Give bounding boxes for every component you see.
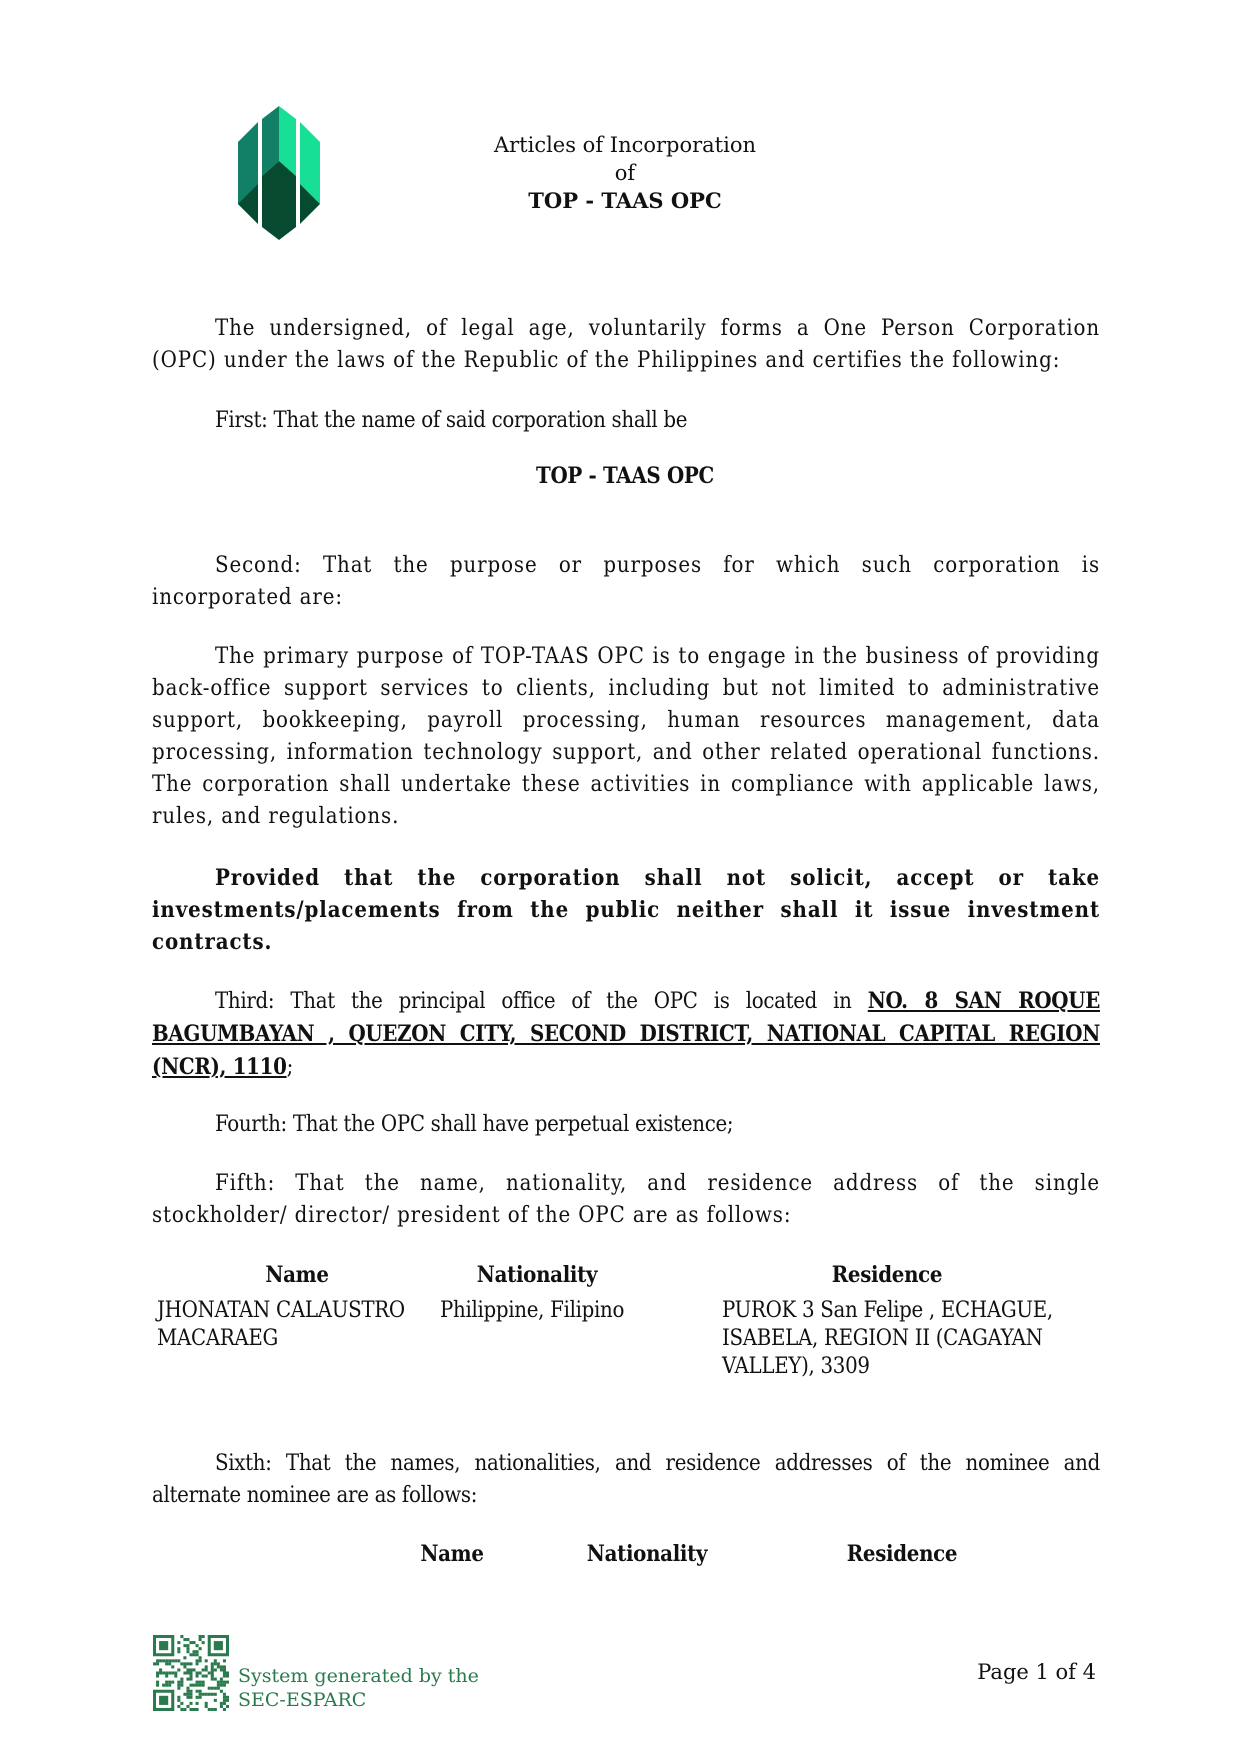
stockholder-table: Name Nationality Residence JHONATAN CALA… (152, 1262, 1100, 1392)
corporation-name: TOP - TAAS OPC (0, 463, 1241, 489)
third-suffix: ; (287, 1055, 293, 1080)
stockholder-nationality: Philippine, Filipino (440, 1297, 700, 1325)
page-number: Page 1 of 4 (977, 1660, 1096, 1684)
first-article: First: That the name of said corporation… (152, 405, 1100, 437)
fifth-article: Fifth: That the name, nationality, and r… (152, 1168, 1100, 1232)
heading-line2: of (0, 159, 1241, 187)
system-generated-note: System generated by the SEC-ESPARC (238, 1664, 479, 1712)
stockholder-residence: PUROK 3 San Felipe , ECHAGUE, ISABELA, R… (722, 1297, 1092, 1381)
third-article: Third: That the principal office of the … (152, 985, 1100, 1084)
nominee-header-residence: Residence (802, 1541, 1002, 1567)
qr-code (153, 1635, 229, 1711)
stockholder-name: JHONATAN CALAUSTRO MACARAEG (157, 1297, 432, 1353)
nominee-header-name: Name (377, 1541, 527, 1567)
table-header-name: Name (152, 1262, 442, 1288)
third-prefix: Third: That the principal office of the … (215, 989, 868, 1014)
nominee-table: Name Nationality Residence (152, 1541, 1100, 1577)
nominee-header-nationality: Nationality (547, 1541, 747, 1567)
second-article: Second: That the purpose or purposes for… (152, 550, 1100, 614)
sixth-article: Sixth: That the names, nationalities, an… (152, 1448, 1100, 1512)
generated-line2: SEC-ESPARC (238, 1688, 479, 1712)
generated-line1: System generated by the (238, 1664, 479, 1688)
intro-paragraph: The undersigned, of legal age, voluntari… (152, 313, 1100, 377)
fourth-article: Fourth: That the OPC shall have perpetua… (152, 1109, 1100, 1141)
qr-code-icon (153, 1635, 229, 1711)
heading-company: TOP - TAAS OPC (0, 187, 1241, 215)
table-header-nationality: Nationality (437, 1262, 637, 1288)
proviso-paragraph: Provided that the corporation shall not … (152, 862, 1100, 958)
document-heading: Articles of Incorporation of TOP - TAAS … (0, 131, 1241, 215)
purpose-paragraph: The primary purpose of TOP-TAAS OPC is t… (152, 641, 1100, 833)
heading-line1: Articles of Incorporation (0, 131, 1241, 159)
table-header-residence: Residence (722, 1262, 1052, 1288)
